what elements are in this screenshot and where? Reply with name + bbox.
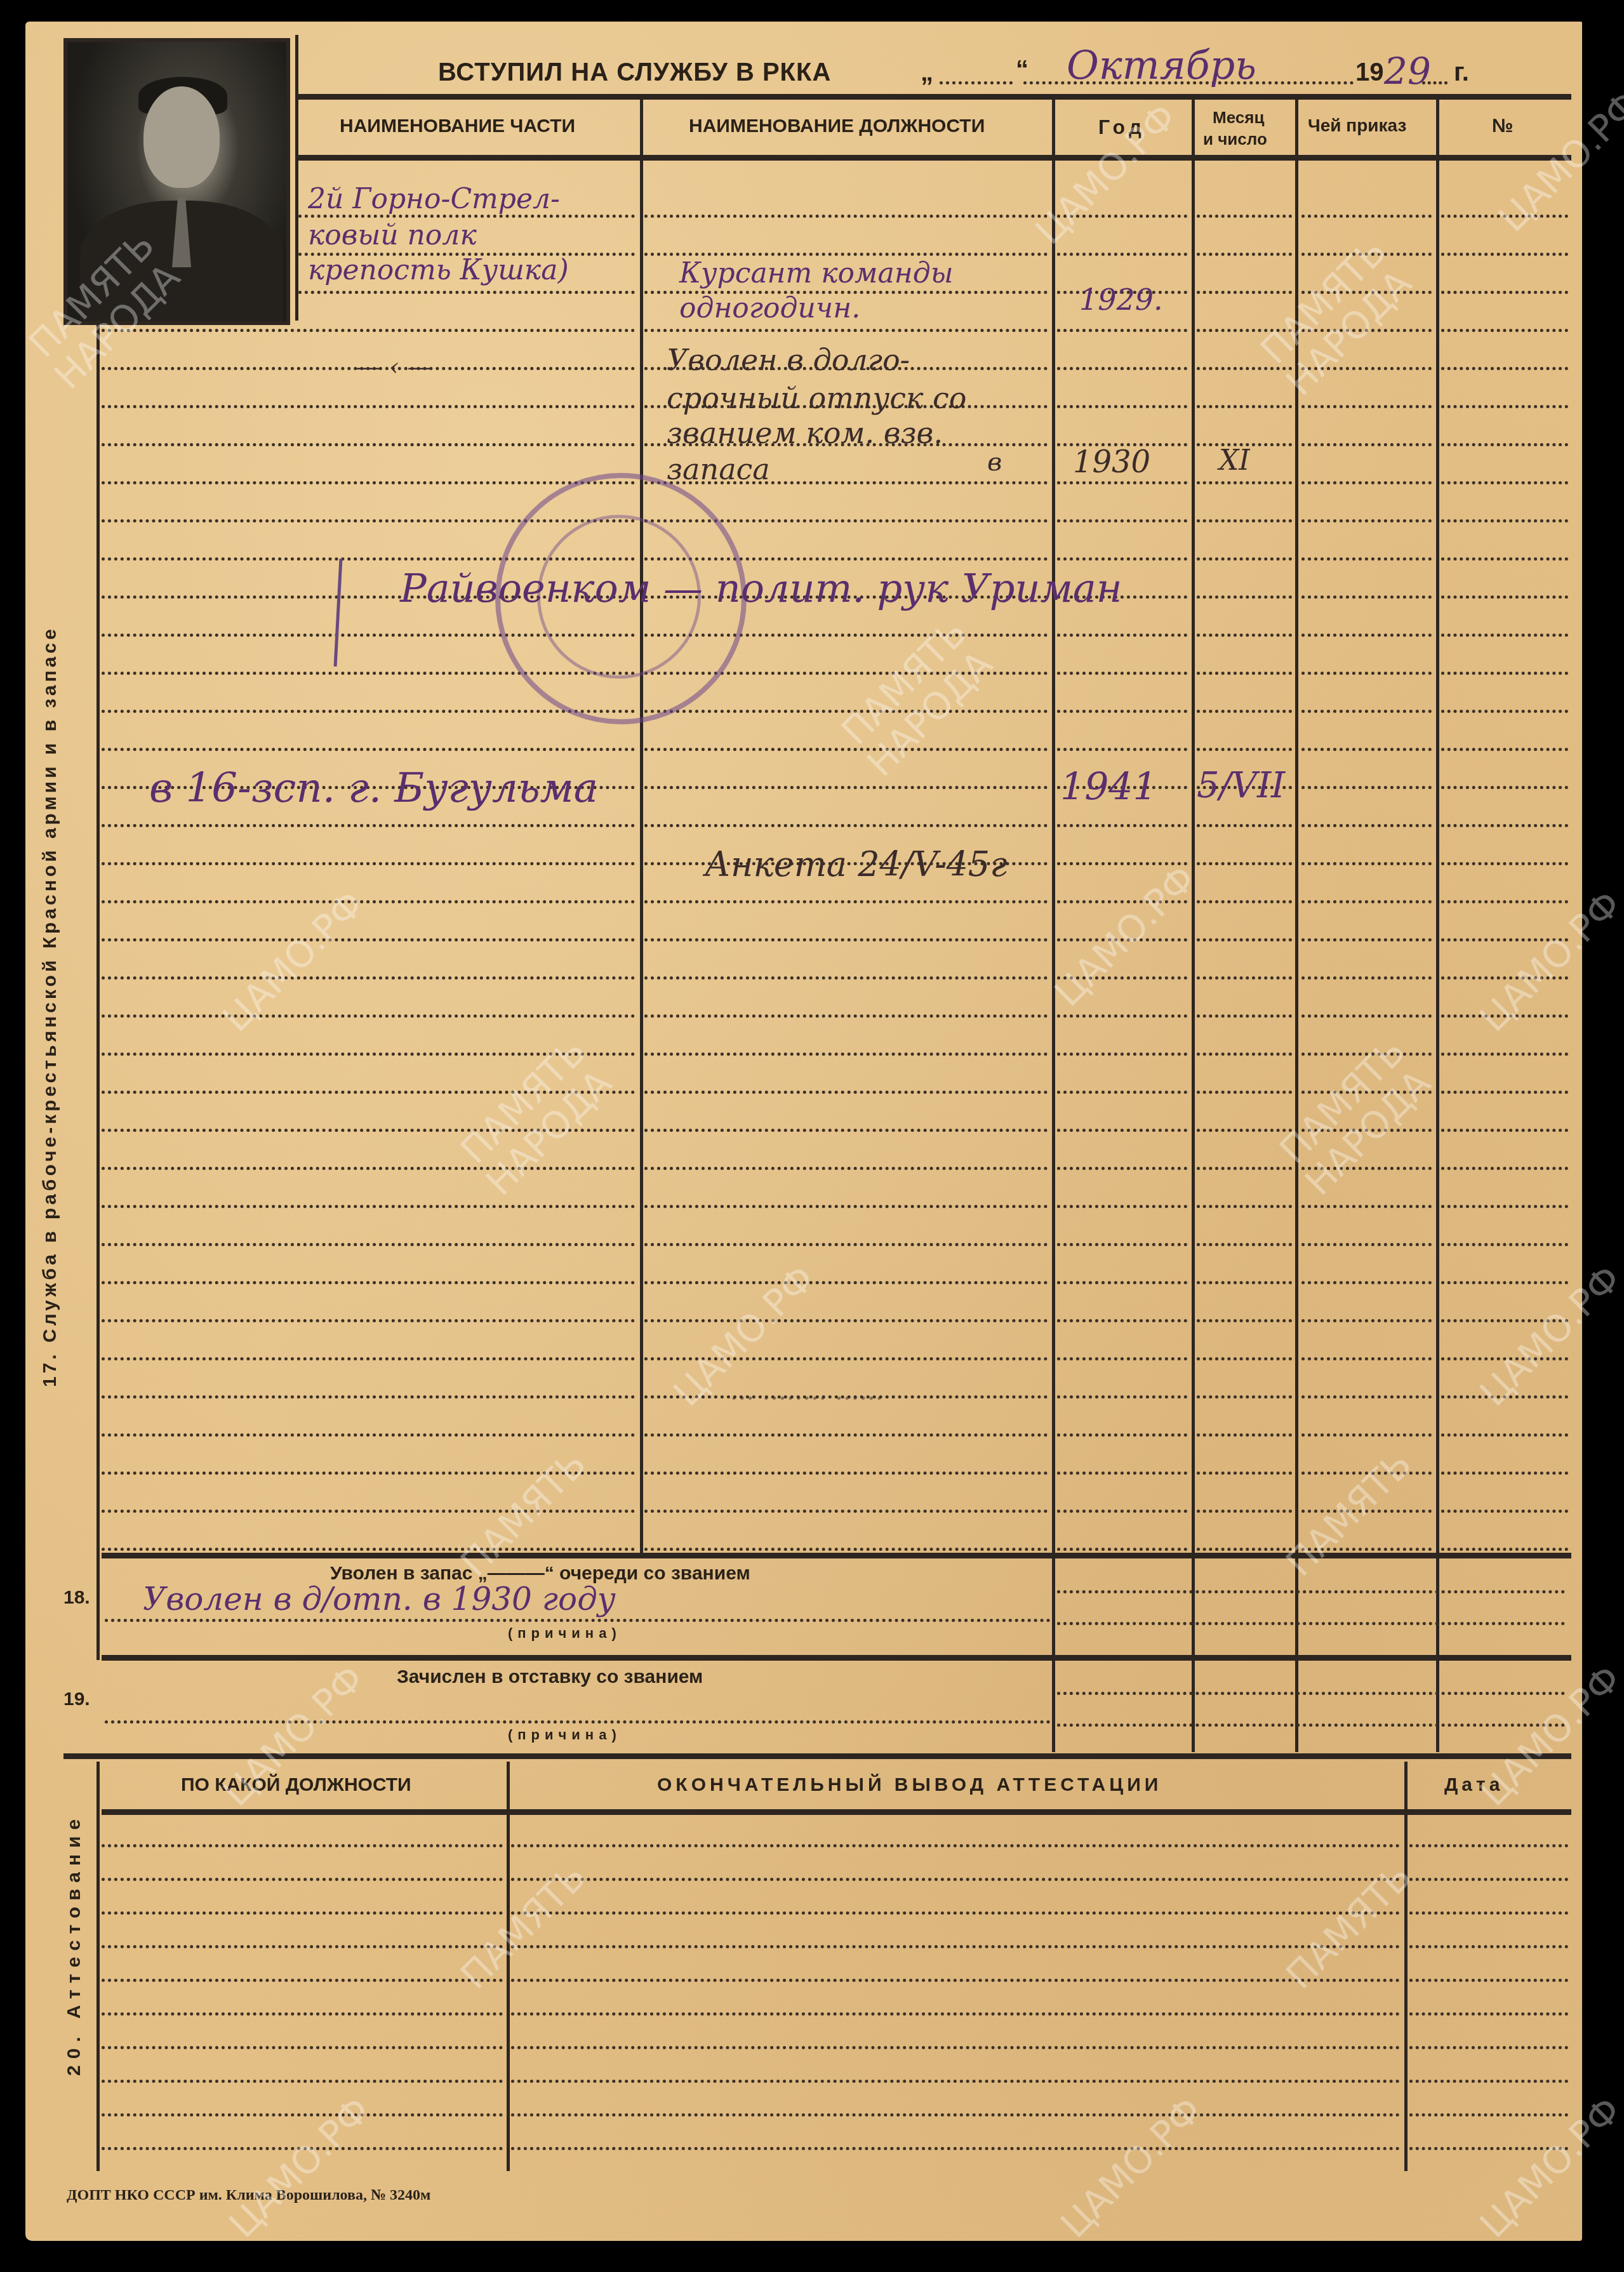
ruled-line bbox=[102, 405, 635, 408]
ruled-line bbox=[1301, 1053, 1432, 1056]
header-top-rule bbox=[295, 94, 1571, 100]
ruled-line bbox=[1409, 2080, 1568, 2083]
section-20-label: 20. Аттестование bbox=[63, 1813, 85, 2076]
ruled-line bbox=[1301, 367, 1432, 370]
ruled-line bbox=[1441, 329, 1568, 332]
ruled-line bbox=[1057, 1548, 1187, 1551]
s19-cells-1 bbox=[1057, 1692, 1565, 1695]
column-divider-month bbox=[1192, 98, 1195, 1555]
section-18-top-rule bbox=[102, 1553, 1571, 1558]
ruled-line bbox=[1197, 976, 1292, 980]
ruled-line bbox=[1057, 634, 1187, 637]
ruled-line bbox=[1301, 1471, 1432, 1475]
ruled-line bbox=[102, 976, 635, 980]
ruled-line bbox=[102, 1243, 635, 1246]
ruled-line bbox=[1057, 1357, 1187, 1360]
ruled-line bbox=[1301, 1091, 1432, 1094]
ruled-line bbox=[102, 329, 635, 332]
ruled-line bbox=[102, 1510, 635, 1513]
ruled-line bbox=[1441, 405, 1568, 408]
ruled-line bbox=[1409, 1979, 1568, 1982]
ruled-line bbox=[1301, 215, 1432, 218]
ruled-line bbox=[1301, 1281, 1432, 1284]
ruled-line bbox=[1301, 1014, 1432, 1018]
ruled-line bbox=[1409, 1844, 1568, 1847]
faded-note: ··· ········ ······ bbox=[730, 1384, 884, 1413]
ruled-line bbox=[1301, 595, 1432, 599]
s20-header-rule bbox=[102, 1809, 1571, 1815]
ruled-line bbox=[1197, 291, 1292, 294]
ruled-line bbox=[1301, 938, 1432, 941]
day-blank bbox=[940, 81, 1013, 84]
ruled-line bbox=[1409, 2147, 1568, 2150]
ruled-line bbox=[102, 1471, 635, 1475]
ruled-line bbox=[511, 2012, 1400, 2016]
month-handwritten: Октябрь bbox=[1067, 42, 1256, 88]
s20-divider-1 bbox=[507, 1762, 510, 2171]
ruled-line bbox=[1441, 443, 1568, 446]
ruled-line bbox=[1197, 253, 1292, 256]
ruled-line bbox=[1301, 405, 1432, 408]
ruled-line bbox=[1057, 1053, 1187, 1056]
entry-position-1a: Курсант команды bbox=[679, 257, 954, 289]
entry-position-2d: запаса bbox=[667, 452, 770, 486]
ruled-line bbox=[1197, 900, 1292, 903]
ruled-line bbox=[1197, 634, 1292, 637]
ruled-line bbox=[102, 1844, 503, 1847]
entry-month-3: 5/VII bbox=[1197, 765, 1285, 806]
ruled-line bbox=[644, 786, 1048, 789]
ruled-line bbox=[1301, 900, 1432, 903]
ruled-line bbox=[511, 2046, 1400, 2049]
ruled-line bbox=[1301, 862, 1432, 865]
ruled-line bbox=[1301, 1510, 1432, 1513]
ruled-line bbox=[1057, 1243, 1187, 1246]
ruled-line bbox=[1441, 1205, 1568, 1208]
header-bottom-rule bbox=[295, 155, 1571, 161]
column-header-order: Чей приказ bbox=[1308, 116, 1406, 136]
header-quote-close: “ bbox=[1016, 56, 1028, 84]
ruled-line bbox=[1441, 291, 1568, 294]
ruled-line bbox=[1057, 1167, 1187, 1170]
photo-face bbox=[143, 86, 220, 188]
ruled-line bbox=[644, 1319, 1048, 1322]
section-19-reason: (причина) bbox=[508, 1727, 622, 1743]
ruled-line bbox=[1197, 1433, 1292, 1437]
ruled-line bbox=[1197, 710, 1292, 713]
ruled-line bbox=[1441, 976, 1568, 980]
ruled-line bbox=[1441, 367, 1568, 370]
ruled-line bbox=[1301, 1433, 1432, 1437]
ruled-line bbox=[1441, 519, 1568, 522]
ruled-line bbox=[102, 1395, 635, 1398]
ruled-line bbox=[102, 1205, 635, 1208]
ruled-line bbox=[102, 2080, 503, 2083]
ruled-line bbox=[1057, 1319, 1187, 1322]
ruled-line bbox=[1409, 2113, 1568, 2116]
ruled-line bbox=[1057, 1395, 1187, 1398]
ruled-line bbox=[1197, 481, 1292, 484]
ruled-line bbox=[1441, 253, 1568, 256]
column-header-number: № bbox=[1492, 116, 1513, 137]
ruled-line bbox=[102, 1053, 635, 1056]
entry-position-2e: в bbox=[987, 448, 1002, 477]
ruled-line bbox=[1197, 1357, 1292, 1360]
ruled-line bbox=[644, 1091, 1048, 1094]
s18-line bbox=[105, 1619, 1051, 1622]
ruled-line bbox=[644, 976, 1048, 980]
year-handwritten: 29 bbox=[1384, 50, 1431, 93]
ruled-line bbox=[1057, 1091, 1187, 1094]
s20-left-border bbox=[97, 1762, 100, 2171]
ruled-line bbox=[1301, 329, 1432, 332]
ruled-line bbox=[102, 1319, 635, 1322]
ruled-line bbox=[1057, 1205, 1187, 1208]
ruled-line bbox=[1197, 1319, 1292, 1322]
ruled-line bbox=[1409, 1878, 1568, 1881]
ruled-line bbox=[644, 1053, 1048, 1056]
entry-position-1b: одногодичн. bbox=[679, 292, 860, 324]
year-prefix: 19 bbox=[1355, 58, 1384, 87]
ruled-line bbox=[102, 1548, 635, 1551]
ruled-line bbox=[644, 1129, 1048, 1132]
ruled-line bbox=[102, 1281, 635, 1284]
ruled-line bbox=[644, 1243, 1048, 1246]
ruled-line bbox=[1197, 1548, 1292, 1551]
section-19-number: 19. bbox=[63, 1689, 90, 1710]
entry-year-3: 1941 bbox=[1060, 765, 1157, 809]
year-blank bbox=[1422, 81, 1448, 84]
ruled-line bbox=[1441, 1395, 1568, 1398]
ruled-line bbox=[1301, 557, 1432, 561]
ruled-line bbox=[1301, 253, 1432, 256]
ruled-line bbox=[644, 1014, 1048, 1018]
ruled-line bbox=[1057, 1433, 1187, 1437]
ruled-line bbox=[1057, 824, 1187, 827]
entry-unit-1a: 2й Горно-Стрел- bbox=[308, 183, 560, 215]
s19-line bbox=[105, 1720, 1051, 1724]
portrait-photo bbox=[63, 38, 290, 325]
ruled-line bbox=[1301, 1319, 1432, 1322]
column-header-unit: НАИМЕНОВАНИЕ ЧАСТИ bbox=[340, 116, 575, 137]
ruled-line bbox=[644, 253, 1048, 256]
column-header-year: Год bbox=[1098, 116, 1145, 139]
ruled-line bbox=[102, 481, 635, 484]
ruled-line bbox=[1057, 1129, 1187, 1132]
ruled-line bbox=[102, 1167, 635, 1170]
ruled-line bbox=[102, 2147, 503, 2150]
ruled-line bbox=[644, 215, 1048, 218]
ruled-line bbox=[511, 2080, 1400, 2083]
s19-cells-2 bbox=[1057, 1724, 1565, 1727]
ruled-line bbox=[644, 900, 1048, 903]
ruled-line bbox=[1301, 786, 1432, 789]
entry-year-2: 1930 bbox=[1073, 444, 1150, 480]
ruled-line bbox=[102, 900, 635, 903]
column-header-position: НАИМЕНОВАНИЕ ДОЛЖНОСТИ bbox=[689, 116, 985, 137]
column-divider-year bbox=[1052, 98, 1055, 1555]
ruled-line bbox=[1197, 557, 1292, 561]
column-divider-order bbox=[1295, 98, 1298, 1555]
ruled-line bbox=[1057, 367, 1187, 370]
ruled-line bbox=[1409, 1945, 1568, 1948]
ruled-line bbox=[1301, 1395, 1432, 1398]
header-quote-open: „ bbox=[921, 58, 933, 87]
header-title: ВСТУПИЛ НА СЛУЖБУ В РККА bbox=[438, 58, 831, 87]
ruled-line bbox=[1441, 1014, 1568, 1018]
ruled-line bbox=[1301, 1205, 1432, 1208]
ruled-line bbox=[1197, 595, 1292, 599]
section-19-label: Зачислен в отставку со званием bbox=[397, 1666, 703, 1688]
ruled-line bbox=[1197, 1205, 1292, 1208]
ruled-line bbox=[102, 1945, 503, 1948]
ruled-line bbox=[102, 1911, 503, 1915]
ruled-line bbox=[1197, 215, 1292, 218]
ruled-line bbox=[1057, 1014, 1187, 1018]
ruled-line bbox=[1301, 1129, 1432, 1132]
ruled-line bbox=[1197, 1281, 1292, 1284]
ruled-line bbox=[644, 1471, 1048, 1475]
ruled-line bbox=[1197, 1471, 1292, 1475]
ruled-line bbox=[1441, 1510, 1568, 1513]
s20-col-date: Дата bbox=[1444, 1774, 1503, 1796]
ruled-line bbox=[1441, 900, 1568, 903]
ruled-line bbox=[511, 1844, 1400, 1847]
s20-col-position: ПО КАКОЙ ДОЛЖНОСТИ bbox=[181, 1774, 411, 1796]
entry-unit-3: в 16-зсп. г. Бугульма bbox=[149, 765, 598, 812]
entry-unit-2: — ‹ — bbox=[356, 352, 432, 382]
ruled-line bbox=[1197, 519, 1292, 522]
ruled-line bbox=[1301, 1357, 1432, 1360]
ruled-line bbox=[1301, 824, 1432, 827]
s20-col-conclusion: ОКОНЧАТЕЛЬНЫЙ ВЫВОД АТТЕСТАЦИИ bbox=[657, 1774, 1162, 1796]
ruled-line bbox=[1441, 672, 1568, 675]
column-header-month-2: и число bbox=[1203, 130, 1267, 149]
ruled-line bbox=[644, 1205, 1048, 1208]
ruled-line bbox=[1197, 1129, 1292, 1132]
ruled-line bbox=[102, 938, 635, 941]
ruled-line bbox=[1057, 481, 1187, 484]
ruled-line bbox=[1301, 443, 1432, 446]
s18-cells-2 bbox=[1057, 1622, 1565, 1625]
ruled-line bbox=[1441, 1433, 1568, 1437]
ruled-line bbox=[102, 1878, 503, 1881]
year-suffix: г. bbox=[1454, 58, 1469, 87]
ruled-line bbox=[1197, 367, 1292, 370]
ruled-line bbox=[102, 2012, 503, 2016]
entry-position-2c: званием ком. взв. bbox=[667, 416, 943, 450]
ruled-line bbox=[1301, 291, 1432, 294]
ruled-line bbox=[1057, 329, 1187, 332]
ruled-line bbox=[102, 1091, 635, 1094]
commissar-signature-note: Райвоенком — полит. рук Уриман bbox=[400, 565, 1122, 611]
ruled-line bbox=[1301, 976, 1432, 980]
ruled-line bbox=[1057, 1281, 1187, 1284]
ruled-line bbox=[1441, 1243, 1568, 1246]
section-19-top-rule bbox=[102, 1655, 1571, 1661]
ruled-line bbox=[1441, 1053, 1568, 1056]
ruled-line bbox=[1057, 748, 1187, 751]
ruled-line bbox=[1441, 1471, 1568, 1475]
ruled-line bbox=[1301, 1167, 1432, 1170]
ruled-line bbox=[102, 862, 635, 865]
ruled-line bbox=[644, 1167, 1048, 1170]
ruled-line bbox=[102, 1129, 635, 1132]
ruled-line bbox=[1197, 1014, 1292, 1018]
ruled-line bbox=[1197, 672, 1292, 675]
s18-divider-1 bbox=[1052, 1558, 1055, 1752]
ruled-line bbox=[1441, 1091, 1568, 1094]
section-18-number: 18. bbox=[63, 1587, 90, 1609]
ruled-line bbox=[1441, 1281, 1568, 1284]
ruled-line bbox=[511, 1878, 1400, 1881]
section-18-handwritten: Уволен в д/отп. в 1930 году bbox=[143, 1581, 616, 1618]
ruled-line bbox=[1441, 862, 1568, 865]
s20-divider-2 bbox=[1404, 1762, 1408, 2171]
ruled-line bbox=[1057, 976, 1187, 980]
ruled-line bbox=[1441, 481, 1568, 484]
ruled-line bbox=[1197, 1091, 1292, 1094]
ruled-line bbox=[1197, 748, 1292, 751]
ruled-line bbox=[644, 938, 1048, 941]
ruled-line bbox=[1057, 862, 1187, 865]
ruled-line bbox=[1057, 405, 1187, 408]
ruled-line bbox=[1441, 786, 1568, 789]
ruled-line bbox=[1197, 1510, 1292, 1513]
ruled-line bbox=[1197, 938, 1292, 941]
entry-position-2a: Уволен в долго- bbox=[667, 343, 910, 377]
entry-year-1: 1929. bbox=[1079, 282, 1163, 317]
column-header-month-1: Месяц bbox=[1213, 108, 1264, 128]
ruled-line bbox=[1301, 672, 1432, 675]
ruled-line bbox=[1057, 519, 1187, 522]
ruled-line bbox=[644, 710, 1048, 713]
section-18-reason: (причина) bbox=[508, 1625, 622, 1642]
ruled-line bbox=[1441, 634, 1568, 637]
ruled-line bbox=[1301, 1548, 1432, 1551]
ruled-line bbox=[1197, 824, 1292, 827]
ruled-line bbox=[644, 329, 1048, 332]
ruled-line bbox=[1409, 1911, 1568, 1915]
left-border bbox=[97, 321, 100, 1660]
anketa-note: Анкета 24/V-45г bbox=[705, 844, 1007, 884]
ruled-line bbox=[102, 1014, 635, 1018]
section-17-label: 17. Служба в рабоче-крестьянской Красной… bbox=[39, 626, 61, 1387]
printer-footer: ДОПТ НКО СССР им. Клима Ворошилова, № 32… bbox=[67, 2187, 430, 2204]
ruled-line bbox=[1197, 1167, 1292, 1170]
ruled-line bbox=[1441, 595, 1568, 599]
ruled-line bbox=[102, 824, 635, 827]
entry-month-2: XI bbox=[1219, 444, 1250, 477]
ruled-line bbox=[1301, 1243, 1432, 1246]
ruled-line bbox=[1441, 748, 1568, 751]
ruled-line bbox=[1409, 2012, 1568, 2016]
entry-position-2b: срочный отпуск со bbox=[667, 381, 966, 415]
ruled-line bbox=[1057, 900, 1187, 903]
ruled-line bbox=[1197, 329, 1292, 332]
ruled-line bbox=[511, 1979, 1400, 1982]
ruled-line bbox=[644, 824, 1048, 827]
ruled-line bbox=[1197, 405, 1292, 408]
ruled-line bbox=[1441, 1167, 1568, 1170]
column-divider-number bbox=[1436, 98, 1439, 1555]
ruled-line bbox=[1441, 557, 1568, 561]
ruled-line bbox=[1301, 634, 1432, 637]
ruled-line bbox=[102, 748, 635, 751]
ruled-line bbox=[1197, 1243, 1292, 1246]
ruled-line bbox=[1441, 1357, 1568, 1360]
ruled-line bbox=[1057, 557, 1187, 561]
column-divider-position bbox=[640, 98, 643, 1555]
ruled-line bbox=[1197, 1053, 1292, 1056]
ruled-line bbox=[1441, 1129, 1568, 1132]
ruled-line bbox=[102, 1433, 635, 1437]
ruled-line bbox=[511, 1911, 1400, 1915]
ruled-line bbox=[1441, 710, 1568, 713]
entry-unit-1c: крепость Кушка) bbox=[308, 254, 569, 286]
ruled-line bbox=[511, 2113, 1400, 2116]
ruled-line bbox=[1441, 824, 1568, 827]
ruled-line bbox=[1441, 1548, 1568, 1551]
ruled-line bbox=[1057, 1510, 1187, 1513]
ruled-line bbox=[644, 1548, 1048, 1551]
s18-cells-1 bbox=[1057, 1590, 1565, 1593]
ruled-line bbox=[1301, 481, 1432, 484]
ruled-line bbox=[102, 2113, 503, 2116]
ruled-line bbox=[102, 2046, 503, 2049]
ruled-line bbox=[1441, 1319, 1568, 1322]
ruled-line bbox=[102, 443, 635, 446]
ruled-line bbox=[1057, 710, 1187, 713]
ruled-line bbox=[1057, 672, 1187, 675]
ruled-line bbox=[644, 748, 1048, 751]
entry-unit-1b: ковый полк bbox=[308, 219, 477, 251]
ruled-line bbox=[1409, 2046, 1568, 2049]
ruled-line bbox=[1441, 215, 1568, 218]
ruled-line bbox=[102, 710, 635, 713]
ruled-line bbox=[644, 1281, 1048, 1284]
ruled-line bbox=[1301, 519, 1432, 522]
ruled-line bbox=[298, 291, 635, 294]
ruled-line bbox=[1057, 938, 1187, 941]
ruled-line bbox=[102, 1979, 503, 1982]
ruled-line bbox=[1441, 938, 1568, 941]
ruled-line bbox=[1057, 1471, 1187, 1475]
ruled-line bbox=[102, 1357, 635, 1360]
section-20-top-rule bbox=[63, 1753, 1571, 1759]
ruled-line bbox=[1301, 748, 1432, 751]
ruled-line bbox=[644, 1357, 1048, 1360]
ruled-line bbox=[511, 2147, 1400, 2150]
ruled-line bbox=[1197, 1395, 1292, 1398]
photo-frame-right bbox=[295, 35, 298, 321]
ruled-line bbox=[1057, 215, 1187, 218]
ruled-line bbox=[511, 1945, 1400, 1948]
ruled-line bbox=[1057, 253, 1187, 256]
ruled-line bbox=[644, 1433, 1048, 1437]
ruled-line bbox=[1301, 710, 1432, 713]
ruled-line bbox=[1197, 862, 1292, 865]
ruled-line bbox=[644, 1510, 1048, 1513]
